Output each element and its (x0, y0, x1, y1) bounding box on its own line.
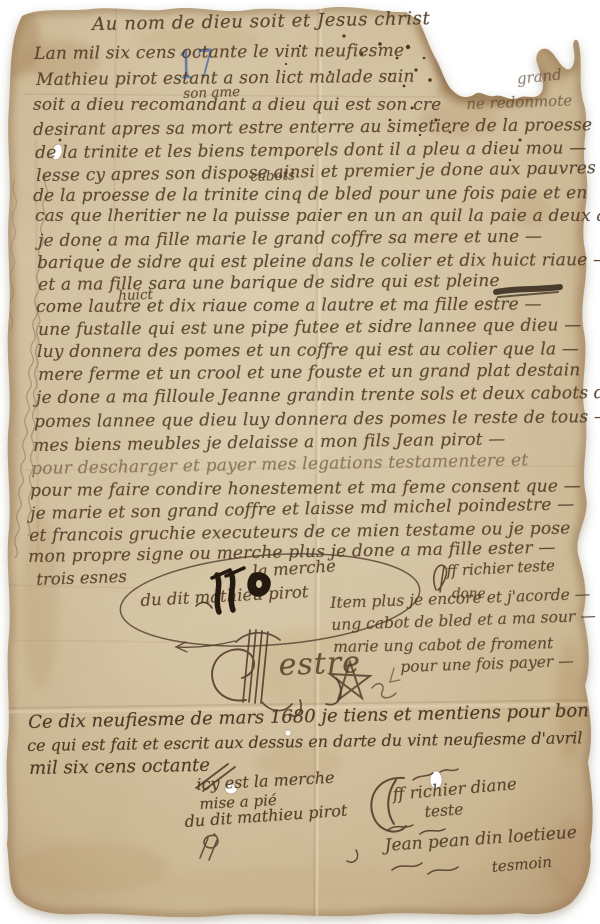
manuscript-line-08: cas que lheritier ne la puisse paier en … (35, 206, 600, 226)
manuscript-line-10: barique de sidre qui est pleine dans le … (37, 250, 600, 273)
interlinear-huict: huict (118, 287, 153, 304)
edge-fragment-redonmote: ne redonmote (466, 91, 572, 113)
manuscript-line-12: come lautre et dix riaue come a lautre e… (36, 294, 542, 317)
manuscript-scan: Au nom de dieu soit et Jesus christ 17 L… (0, 0, 600, 924)
interlinear-son-ame: son ame (183, 84, 240, 102)
signature-teste: teste (424, 800, 464, 821)
closing-line-3: mil six cens octante (29, 755, 210, 779)
item-line-3: marie ung cabot de froment (333, 634, 553, 656)
interlinear-cabots: cabots (250, 167, 295, 185)
mark-trois-esnes: trois esnes (36, 567, 127, 589)
manuscript-line-11: et a ma fille sara une barique de sidre … (38, 271, 500, 295)
manuscript-line-14: luy donnera des pomes et un coffre qui e… (37, 339, 579, 362)
manuscript-line-01: Lan mil six cens octante le vint neufies… (34, 41, 404, 64)
manuscript-line-07: de la proesse de la trinite cinq de bled… (33, 183, 588, 206)
